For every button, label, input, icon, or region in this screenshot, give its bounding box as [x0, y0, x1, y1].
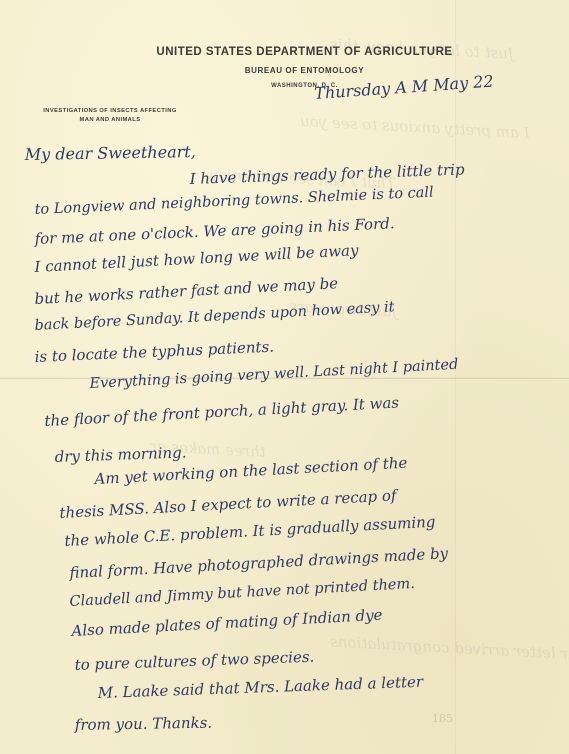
- letter-line: is to locate the typhus patients.: [34, 338, 274, 366]
- letter-line: M. Laake said that Mrs. Laake had a lett…: [97, 673, 423, 702]
- letter-page: Just to let you know this I am pretty an…: [0, 0, 569, 754]
- letter-line: from you. Thanks.: [75, 714, 213, 734]
- bleed-through-page-number: 185: [432, 712, 453, 725]
- vertical-fold-crease: [455, 0, 456, 754]
- letterhead-department: UNITED STATES DEPARTMENT OF AGRICULTURE: [20, 46, 569, 58]
- letter-line: dry this morning.: [54, 443, 186, 466]
- letter-line: Everything is going very well. Last nigh…: [89, 357, 459, 392]
- letterhead-division-line2: MAN AND ANIMALS: [30, 116, 190, 125]
- letterhead-division-line1: INVESTIGATIONS OF INSECTS AFFECTING: [30, 107, 190, 116]
- bleed-through-text: I am pretty anxious to see you: [300, 112, 530, 142]
- letter-line: to pure cultures of two species.: [74, 648, 314, 674]
- bleed-through-text: As your letter arrived congratulations: [330, 632, 569, 665]
- letter-line: Claudell and Jimmy but have not printed …: [69, 576, 415, 610]
- letter-line: to Longview and neighboring towns. Shelm…: [34, 185, 434, 218]
- letter-date: Thursday A M May 22: [314, 72, 494, 103]
- letterhead-division: INVESTIGATIONS OF INSECTS AFFECTING MAN …: [30, 107, 190, 125]
- letter-line: the floor of the front porch, a light gr…: [44, 393, 399, 430]
- letter-salutation: My dear Sweetheart,: [25, 142, 196, 164]
- letter-line: I cannot tell just how long we will be a…: [34, 241, 359, 276]
